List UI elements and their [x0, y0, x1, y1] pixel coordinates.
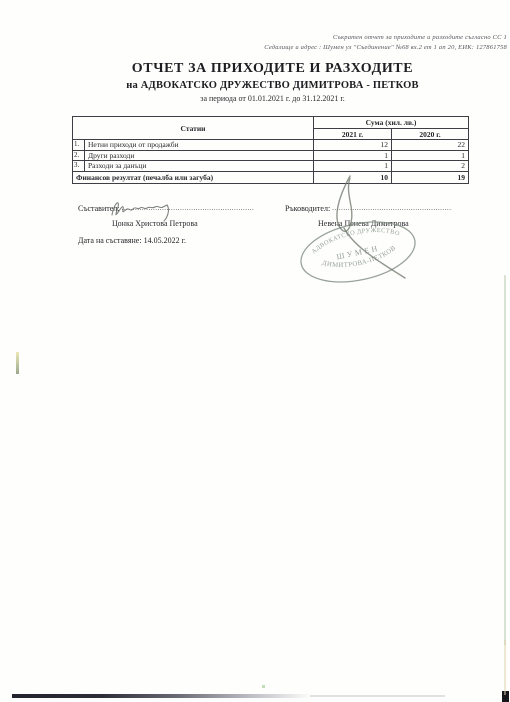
scan-left-edge-mark	[16, 352, 19, 374]
row-number: 1.	[73, 140, 85, 151]
row-value-2021: 1	[314, 150, 392, 161]
compiler-handwritten-signature-icon	[108, 197, 190, 223]
scanned-document-page: Съкратен отчет за приходите и разходите …	[0, 0, 510, 702]
manager-handwritten-signature-icon	[320, 170, 425, 285]
document-period: за периода от 01.01.2021 г. до 31.12.202…	[75, 94, 470, 103]
scan-bottom-edge-faint	[310, 695, 445, 697]
row-value-2020: 1	[392, 150, 469, 161]
row-value-2021: 12	[314, 140, 392, 151]
row-number: 3.	[73, 161, 85, 172]
total-row-label: Финансов резултат (печалба или загуба)	[73, 171, 314, 183]
date-of-compilation: Дата на съставяне: 14.05.2022 г.	[78, 236, 186, 245]
row-label: Нетни приходи от продажби	[85, 140, 314, 151]
column-header-2020: 2020 г.	[392, 129, 469, 140]
header-note-line2: Седалище и адрес : Шумен ул "Съединение"…	[264, 43, 507, 53]
title-block: ОТЧЕТ ЗА ПРИХОДИТЕ И РАЗХОДИТЕ на АДВОКА…	[75, 60, 470, 103]
header-note-line1: Съкратен отчет за приходите и разходите …	[264, 33, 507, 43]
scan-right-edge-line-lower	[504, 640, 506, 695]
table-row: 1. Нетни приходи от продажби 12 22	[73, 140, 469, 151]
table-row: 2. Други разходи 1 1	[73, 150, 469, 161]
column-header-items: Статии	[73, 117, 314, 140]
scan-bottom-edge-shadow	[12, 694, 312, 698]
document-title: ОТЧЕТ ЗА ПРИХОДИТЕ И РАЗХОДИТЕ	[75, 60, 470, 77]
row-label: Други разходи	[85, 150, 314, 161]
column-header-2021: 2021 г.	[314, 129, 392, 140]
document-header-notes: Съкратен отчет за приходите и разходите …	[264, 33, 507, 53]
document-subtitle: на АДВОКАТСКО ДРУЖЕСТВО ДИМИТРОВА - ПЕТК…	[75, 80, 470, 91]
column-header-sum: Сума (хил. лв.)	[314, 117, 469, 129]
row-label: Разходи за данъци	[85, 161, 314, 172]
row-number: 2.	[73, 150, 85, 161]
scan-speck	[262, 685, 265, 688]
row-value-2020: 22	[392, 140, 469, 151]
scan-right-edge-line	[504, 275, 506, 645]
